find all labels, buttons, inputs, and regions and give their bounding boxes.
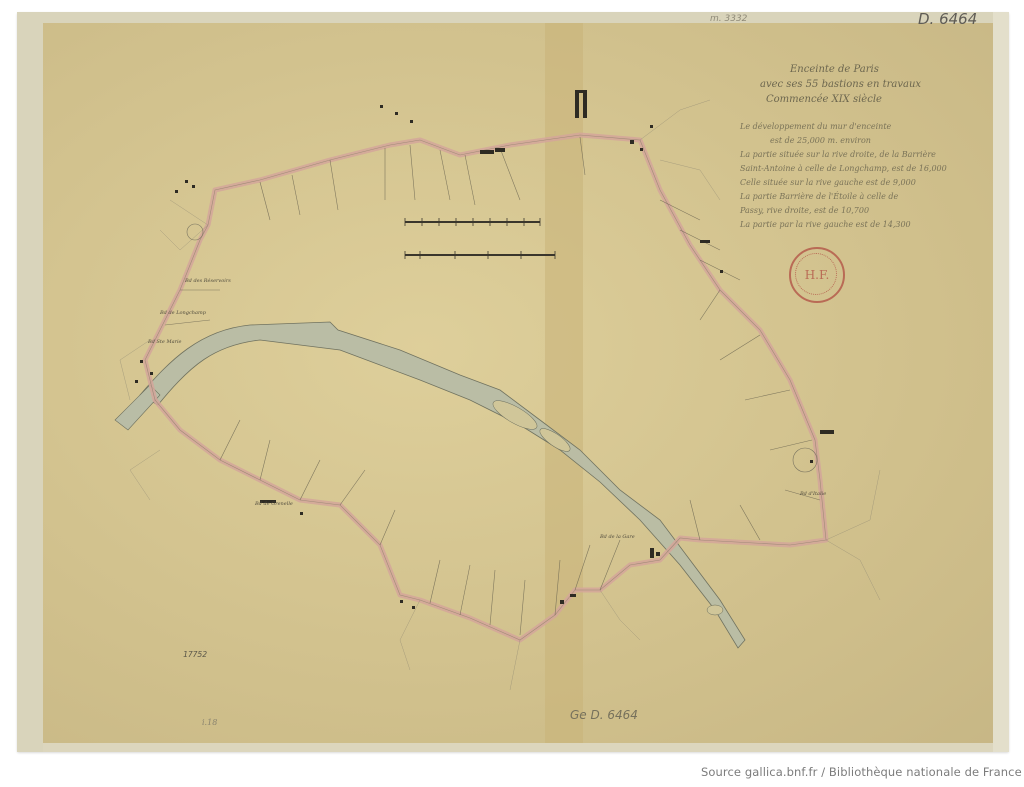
note-line: Le développement du mur d'enceinte (740, 120, 947, 134)
place-etoile (187, 224, 203, 240)
small-mark: i.18 (202, 718, 217, 727)
title-line: Commencée XIX siècle (760, 92, 921, 107)
label-bd-reservoirs: Bd des Réservoirs (184, 277, 231, 284)
note-line: Saint-Antoine à celle de Longchamp, est … (740, 162, 947, 176)
source-credit: Source gallica.bnf.fr / Bibliothèque nat… (701, 765, 1022, 779)
island (707, 605, 723, 615)
title-line: avec ses 55 bastions en travaux (760, 77, 921, 92)
label-bd-ste-marie: Bd Ste Marie (147, 339, 182, 345)
call-number: Ge D. 6464 (570, 708, 638, 722)
island (537, 425, 573, 455)
enceinte-map: Bd des Réservoirs Bd de Longchamp Bd Ste… (0, 0, 1024, 787)
radial-streets (165, 137, 820, 635)
river-seine (140, 322, 745, 648)
shelf-mark: m. 3332 (710, 14, 747, 24)
note-line: est de 25,000 m. environ (740, 134, 947, 148)
map-title-block: Enceinte de Paris avec ses 55 bastions e… (760, 62, 921, 107)
label-bd-longchamp: Bd de Longchamp (159, 310, 207, 316)
note-line: Celle située sur la rive gauche est de 9… (740, 176, 947, 190)
image-viewer: Bd des Réservoirs Bd de Longchamp Bd Ste… (0, 0, 1024, 787)
stamp-ring (795, 253, 837, 295)
library-stamp: H.F. (789, 247, 845, 303)
note-line: La partie Barrière de l'Étoile à celle d… (740, 190, 947, 204)
building-clusters (135, 90, 834, 609)
label-bd-grenelle: Bd de Grenelle (254, 501, 293, 507)
place-trone (793, 448, 817, 472)
note-line: La partie par la rive gauche est de 14,3… (740, 218, 947, 232)
note-line: Passy, rive droite, est de 10,700 (740, 204, 947, 218)
note-line: La partie située sur la rive droite, de … (740, 148, 947, 162)
map-notes: Le développement du mur d'enceinte est d… (740, 120, 947, 232)
label-bd-gare: Bd de la Gare (599, 534, 635, 540)
title-line: Enceinte de Paris (760, 62, 921, 77)
inventory-number: 17752 (183, 650, 207, 659)
catalog-number: D. 6464 (918, 10, 977, 28)
label-bd-etoile: Bd d'Italie (799, 491, 826, 497)
